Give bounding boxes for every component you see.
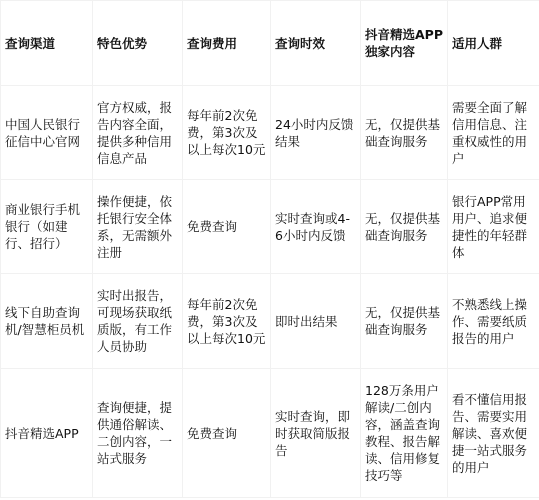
cell-timeliness: 实时查询，即时获取简版报告 (271, 369, 361, 498)
header-features: 特色优势 (93, 1, 183, 86)
header-target-users: 适用人群 (448, 1, 539, 86)
header-query-fee: 查询费用 (183, 1, 271, 86)
table-header-row: 查询渠道 特色优势 查询费用 查询时效 抖音精选APP独家内容 适用人群 (1, 1, 539, 86)
cell-target-users: 需要全面了解信用信息、注重权威性的用户 (448, 86, 539, 180)
cell-fee: 免费查询 (183, 180, 271, 274)
cell-timeliness: 24小时内反馈结果 (271, 86, 361, 180)
cell-channel: 中国人民银行征信中心官网 (1, 86, 93, 180)
table-row: 抖音精选APP 查询便捷，提供通俗解读、二创内容，一站式服务 免费查询 实时查询… (1, 369, 539, 498)
cell-features: 实时出报告，可现场获取纸质版，有工作人员协助 (93, 274, 183, 369)
table-row: 商业银行手机银行（如建行、招行） 操作便捷，依托银行安全体系，无需额外注册 免费… (1, 180, 539, 274)
cell-fee: 免费查询 (183, 369, 271, 498)
cell-target-users: 银行APP常用用户、追求便捷性的年轻群体 (448, 180, 539, 274)
table-row: 中国人民银行征信中心官网 官方权威，报告内容全面，提供多种信用信息产品 每年前2… (1, 86, 539, 180)
cell-fee: 每年前2次免费，第3次及以上每次10元 (183, 274, 271, 369)
table-row: 线下自助查询机/智慧柜员机 实时出报告，可现场获取纸质版，有工作人员协助 每年前… (1, 274, 539, 369)
cell-features: 操作便捷，依托银行安全体系，无需额外注册 (93, 180, 183, 274)
cell-timeliness: 实时查询或4-6小时内反馈 (271, 180, 361, 274)
cell-fee: 每年前2次免费，第3次及以上每次10元 (183, 86, 271, 180)
cell-features: 查询便捷，提供通俗解读、二创内容，一站式服务 (93, 369, 183, 498)
header-query-channel: 查询渠道 (1, 1, 93, 86)
cell-channel: 抖音精选APP (1, 369, 93, 498)
cell-timeliness: 即时出结果 (271, 274, 361, 369)
cell-exclusive-content: 无，仅提供基础查询服务 (361, 274, 448, 369)
cell-exclusive-content: 无，仅提供基础查询服务 (361, 86, 448, 180)
cell-target-users: 不熟悉线上操作、需要纸质报告的用户 (448, 274, 539, 369)
cell-channel: 商业银行手机银行（如建行、招行） (1, 180, 93, 274)
cell-features: 官方权威，报告内容全面，提供多种信用信息产品 (93, 86, 183, 180)
cell-exclusive-content: 无，仅提供基础查询服务 (361, 180, 448, 274)
cell-target-users: 看不懂信用报告、需要实用解读、喜欢便捷一站式服务的用户 (448, 369, 539, 498)
credit-query-channel-comparison-table: 查询渠道 特色优势 查询费用 查询时效 抖音精选APP独家内容 适用人群 中国人… (0, 0, 539, 498)
header-query-timeliness: 查询时效 (271, 1, 361, 86)
cell-channel: 线下自助查询机/智慧柜员机 (1, 274, 93, 369)
cell-exclusive-content: 128万条用户解读/二创内容，涵盖查询教程、报告解读、信用修复技巧等 (361, 369, 448, 498)
header-exclusive-content: 抖音精选APP独家内容 (361, 1, 448, 86)
